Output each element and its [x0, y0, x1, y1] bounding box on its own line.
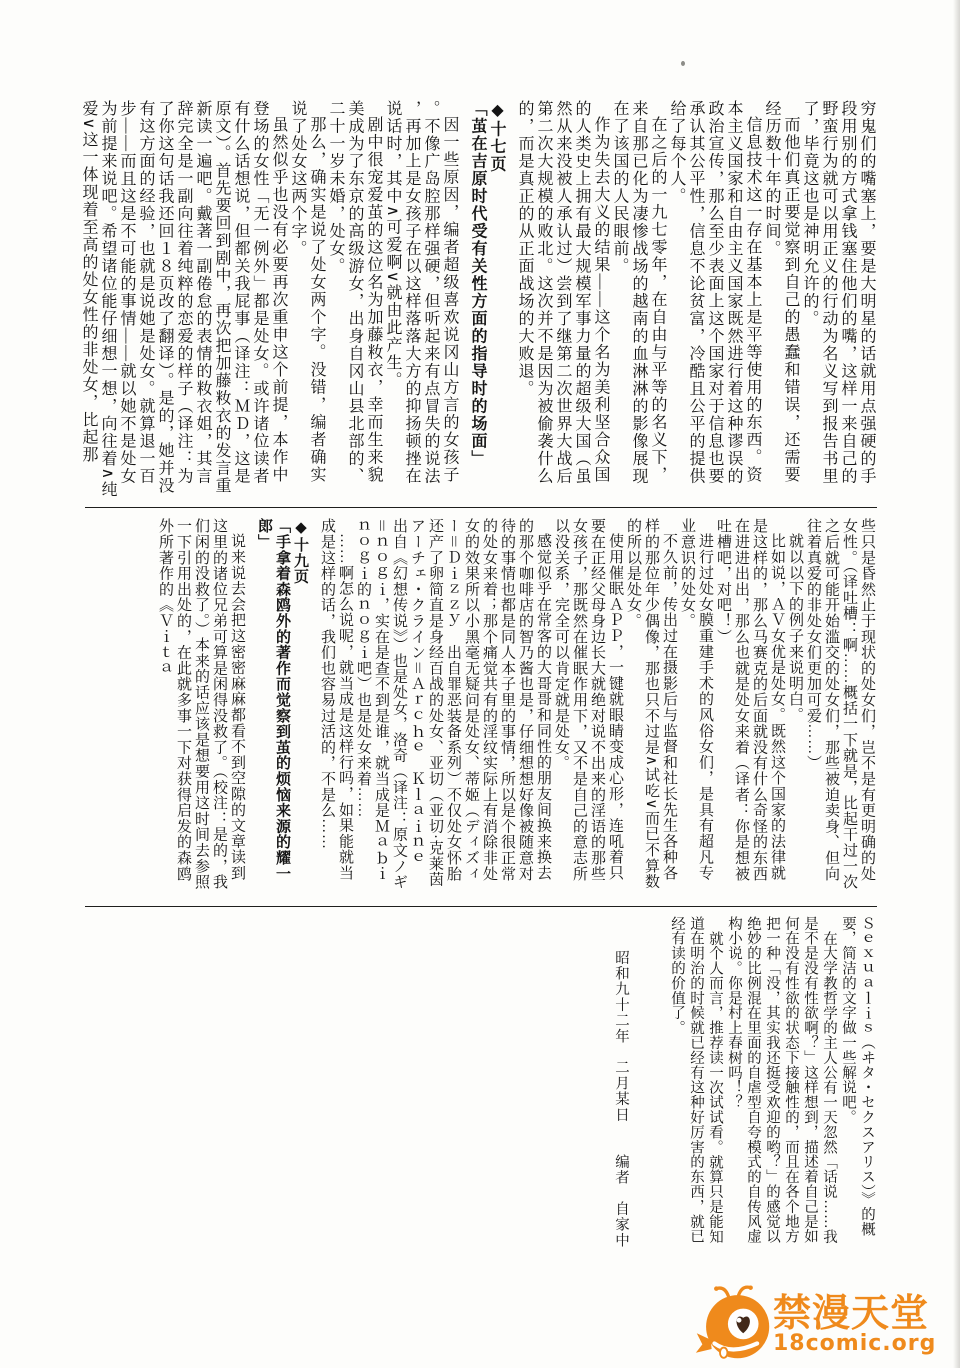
section-subheading-page19: 「手拿着森鸥外的著作而觉察到茧的烦恼来源的耀一郎」 [255, 518, 291, 892]
paragraph: 说来说去会把这密密麻麻都看不到空隙的文章读到这里的诸位兄弟可算是闲得没救了。（校… [156, 518, 246, 892]
text-section-page19: 些只是昏然止于现状的处女们，岂不是有更明确的处女性。（译吐槽：啊……概括一下就是… [156, 518, 876, 892]
watermark-text: 禁漫天堂 18comic.org [773, 1282, 936, 1356]
site-watermark: 禁漫天堂 18comic.org [694, 1282, 944, 1364]
paragraph: 虽然似乎也没有必要再次重申这个前提，本作中登场的女性「无一例外」都是处女。或许诸… [79, 100, 288, 500]
paragraph: 而他们真正要觉察到自己的愚蠢和错误，还需要经历数十年的时间。 [762, 100, 800, 500]
text-section-page17: 穷鬼们的嘴塞上，要是大明星的话就用点强硬的手段用别的方式拿钱塞住他们的嘴，这样一… [79, 100, 876, 500]
colophon-date: 昭和九十二年 二月某日 编者 自家中 [611, 950, 632, 1270]
paragraph: 比如说，ＡＶ女优是处女。既然这个国家的法律就是这样的，那么马赛克的后面就没有什么… [714, 518, 786, 892]
paragraph: 使用催眠ＡＰＰ，一键就眼睛变成心形，连吼着只要在正经父母身边长大就绝对说不出来的… [552, 518, 624, 892]
separator-line-1 [85, 507, 877, 508]
paragraph: 不久前，传出过在摄影后与监督和社长先生各种各样的那位年少偶像，那也只不过是∧试吃… [624, 518, 678, 892]
section-heading-page19: ◆十九页 [291, 518, 309, 892]
section-subheading-page17: 「茧在吉原时代受有关性方面的指导时的场面」 [468, 100, 487, 500]
page-edge-shadow [953, 0, 960, 1368]
paragraph: 那么，确实是说了处女两个字。没错，编者确实说了处女这两个字。 [288, 100, 326, 500]
paragraph: 作为失去大义的结果——这个名为美利坚合众国的人类史上拥有最大规模军事力量的超级大… [515, 100, 610, 500]
mascot-whale-icon [694, 1282, 772, 1364]
watermark-site-url: 18comic.org [773, 1332, 936, 1356]
paragraph: 些只是昏然止于现状的处女们，岂不是有更明确的处女性。（译吐槽：啊……概括一下就是… [804, 518, 876, 892]
paragraph: 就以以下的例子来说明白。 [786, 518, 804, 892]
separator-line-2 [85, 906, 877, 907]
scan-speck [681, 61, 685, 66]
paragraph: 在之后的一九七零年，在自由与平等的名义下，来自那已化为凄惨战场的越南的血淋淋的影… [610, 100, 667, 500]
scanned-book-page: 穷鬼们的嘴塞上，要是大明星的话就用点强硬的手段用别的方式拿钱塞住他们的嘴，这样一… [0, 0, 960, 1368]
section-heading-page17: ◆十七页 [487, 100, 506, 500]
paragraph: 进行过处女膜重建手术的风俗女们，是具有超凡专业意识的处女。 [678, 518, 714, 892]
paragraph: ……啊怎么说呢，就当成是这样行吗，如果能就当成是这样的话，我们也容易过活的，不是… [318, 518, 354, 892]
paragraph: 因一些原因，编者超级喜欢说冈山方言的女孩子。不像广岛腔那样强硬，但听起来有点冒失… [383, 100, 459, 500]
paragraph: 信息技术这一存在基本上是平等使用的东西。资本主义国家和自由主义国家既然进行着这种… [667, 100, 762, 500]
watermark-site-name: 禁漫天堂 [773, 1294, 936, 1332]
paragraph: 感觉似乎在常客的大哥哥和同性的朋友间换来换去的那个咖啡店的智乃酱也是，仔细想想好… [354, 518, 552, 892]
paragraph: 就个人而言，推荐读一次试试看。就算只是能知道在明治的时候就已经有这种好厉害的东西… [667, 916, 724, 1250]
paragraph: 在大学教哲学的主人公有一天忽然「话说……我是不是没有性欲啊？」这样想到，描述着自… [724, 916, 838, 1250]
paragraph: 剧中很宠爱茧的这位名为加藤籹衣，幸而生来貌美成为了东京的高级游女，出身自冈山县北… [326, 100, 383, 500]
paragraph: Ｓｅｘｕａｌｉｓ（ヰタ・セクスアリス）》的概要，简洁的文字做一些解说吧。 [838, 916, 876, 1250]
text-section-vita-sexualis: Ｓｅｘｕａｌｉｓ（ヰタ・セクスアリス）》的概要，简洁的文字做一些解说吧。 在大学… [667, 916, 876, 1250]
paragraph: 穷鬼们的嘴塞上，要是大明星的话就用点强硬的手段用别的方式拿钱塞住他们的嘴，这样一… [800, 100, 876, 500]
